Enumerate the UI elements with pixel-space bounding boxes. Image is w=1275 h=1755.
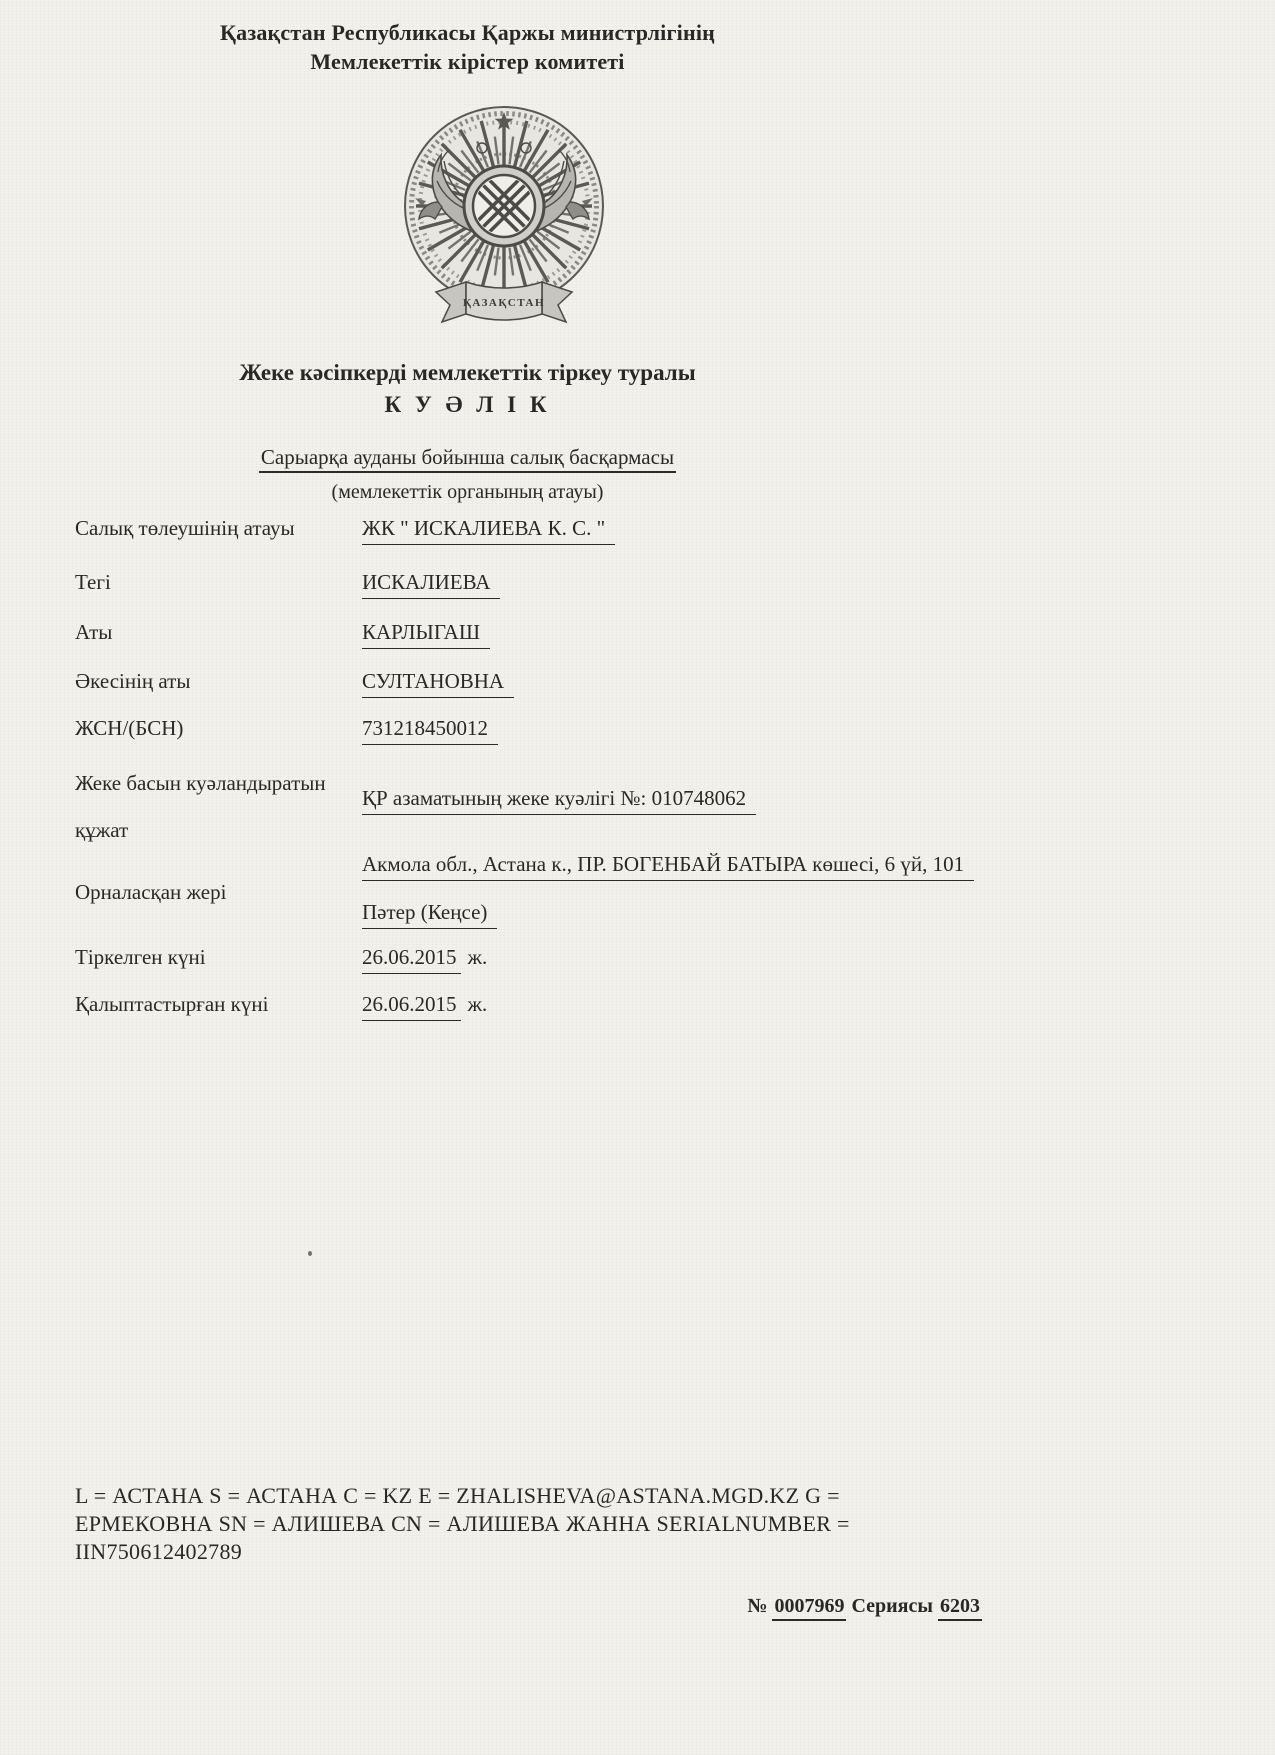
field-row-given-name: Аты КАРЛЫГАШ <box>75 620 112 645</box>
authority-name: Сарыарқа ауданы бойынша салық басқармасы <box>259 445 676 473</box>
field-value: ҚР азаматының жеке куәлігі №: 010748062 <box>362 786 756 815</box>
field-value: 26.06.2015 <box>362 945 461 974</box>
emblem-banner: ҚАЗАҚСТАН <box>436 282 572 322</box>
serial-number: 0007969 <box>772 1595 846 1621</box>
field-label: Қалыптастырған күні <box>75 992 268 1017</box>
field-value: 731218450012 <box>362 716 498 745</box>
field-label: Тіркелген күні <box>75 945 206 970</box>
ministry-header-line2: Мемлекеттік кірістер комитеті <box>0 47 935 76</box>
field-row-iin: ЖСН/(БСН) 731218450012 <box>75 716 183 741</box>
field-label: Тегі <box>75 570 111 595</box>
field-label: Жеке басын куәландыратын құжат <box>75 760 355 854</box>
date-suffix: ж. <box>468 945 488 969</box>
certificate-page: Қазақстан Республикасы Қаржы министрлігі… <box>0 0 1275 1755</box>
serial-prefix: № <box>747 1595 767 1617</box>
field-value: КАРЛЫГАШ <box>362 620 490 649</box>
series-value: 6203 <box>938 1595 982 1621</box>
field-value: ЖК " ИСКАЛИЕВА К. С. " <box>362 516 615 545</box>
serial-row: № 0007969 Сериясы 6203 <box>640 1595 982 1621</box>
scan-speck <box>308 1251 312 1256</box>
field-row-identity-document: Жеке басын куәландыратын құжат ҚР азамат… <box>75 760 355 854</box>
field-row-patronymic: Әкесінің аты СУЛТАНОВНА <box>75 669 190 694</box>
date-suffix: ж. <box>468 992 488 1016</box>
field-row-registration-date: Тіркелген күні 26.06.2015ж. <box>75 945 206 970</box>
emblem-banner-text: ҚАЗАҚСТАН <box>463 297 545 309</box>
kazakhstan-emblem-graphic: ҚАЗАҚСТАН <box>402 106 606 332</box>
ministry-header: Қазақстан Республикасы Қаржы министрлігі… <box>0 18 935 76</box>
authority-caption: (мемлекеттік органының атауы) <box>0 481 935 504</box>
signature-line1: L = АСТАНА S = АСТАНА C = KZ E = ZHALISH… <box>75 1482 1035 1510</box>
field-value-line1: Акмола обл., Астана к., ПР. БОГЕНБАЙ БАТ… <box>362 852 974 881</box>
signature-line2: ЕРМЕКОВНА SN = АЛИШЕВА CN = АЛИШЕВА ЖАНН… <box>75 1510 1035 1538</box>
certificate-title: Жеке кәсіпкерді мемлекеттік тіркеу турал… <box>0 358 935 420</box>
field-label: ЖСН/(БСН) <box>75 716 183 741</box>
certificate-title-line1: Жеке кәсіпкерді мемлекеттік тіркеу турал… <box>0 358 935 388</box>
field-value: СУЛТАНОВНА <box>362 669 514 698</box>
shanyrak <box>464 166 544 246</box>
signature-line3: IIN750612402789 <box>75 1538 1035 1566</box>
field-value: ИСКАЛИЕВА <box>362 570 500 599</box>
field-label: Әкесінің аты <box>75 669 190 694</box>
field-label: Орналасқан жері <box>75 880 226 905</box>
field-value: 26.06.2015 <box>362 992 461 1021</box>
series-label: Сериясы <box>851 1595 933 1617</box>
kazakhstan-emblem: ҚАЗАҚСТАН <box>402 106 606 332</box>
certificate-title-line2: К У Ә Л І К <box>0 390 935 420</box>
field-label: Аты <box>75 620 112 645</box>
authority-name-row: Сарыарқа ауданы бойынша салық басқармасы <box>0 445 935 473</box>
field-value-line2: Пәтер (Кеңсе) <box>362 900 497 929</box>
field-row-surname: Тегі ИСКАЛИЕВА <box>75 570 111 595</box>
field-row-formation-date: Қалыптастырған күні 26.06.2015ж. <box>75 992 268 1017</box>
ministry-header-line1: Қазақстан Республикасы Қаржы министрлігі… <box>0 18 935 47</box>
field-row-taxpayer: Салық төлеушінің атауы ЖК " ИСКАЛИЕВА К.… <box>75 516 295 541</box>
field-label: Салық төлеушінің атауы <box>75 516 295 541</box>
signature-block: L = АСТАНА S = АСТАНА C = KZ E = ZHALISH… <box>75 1482 1035 1566</box>
